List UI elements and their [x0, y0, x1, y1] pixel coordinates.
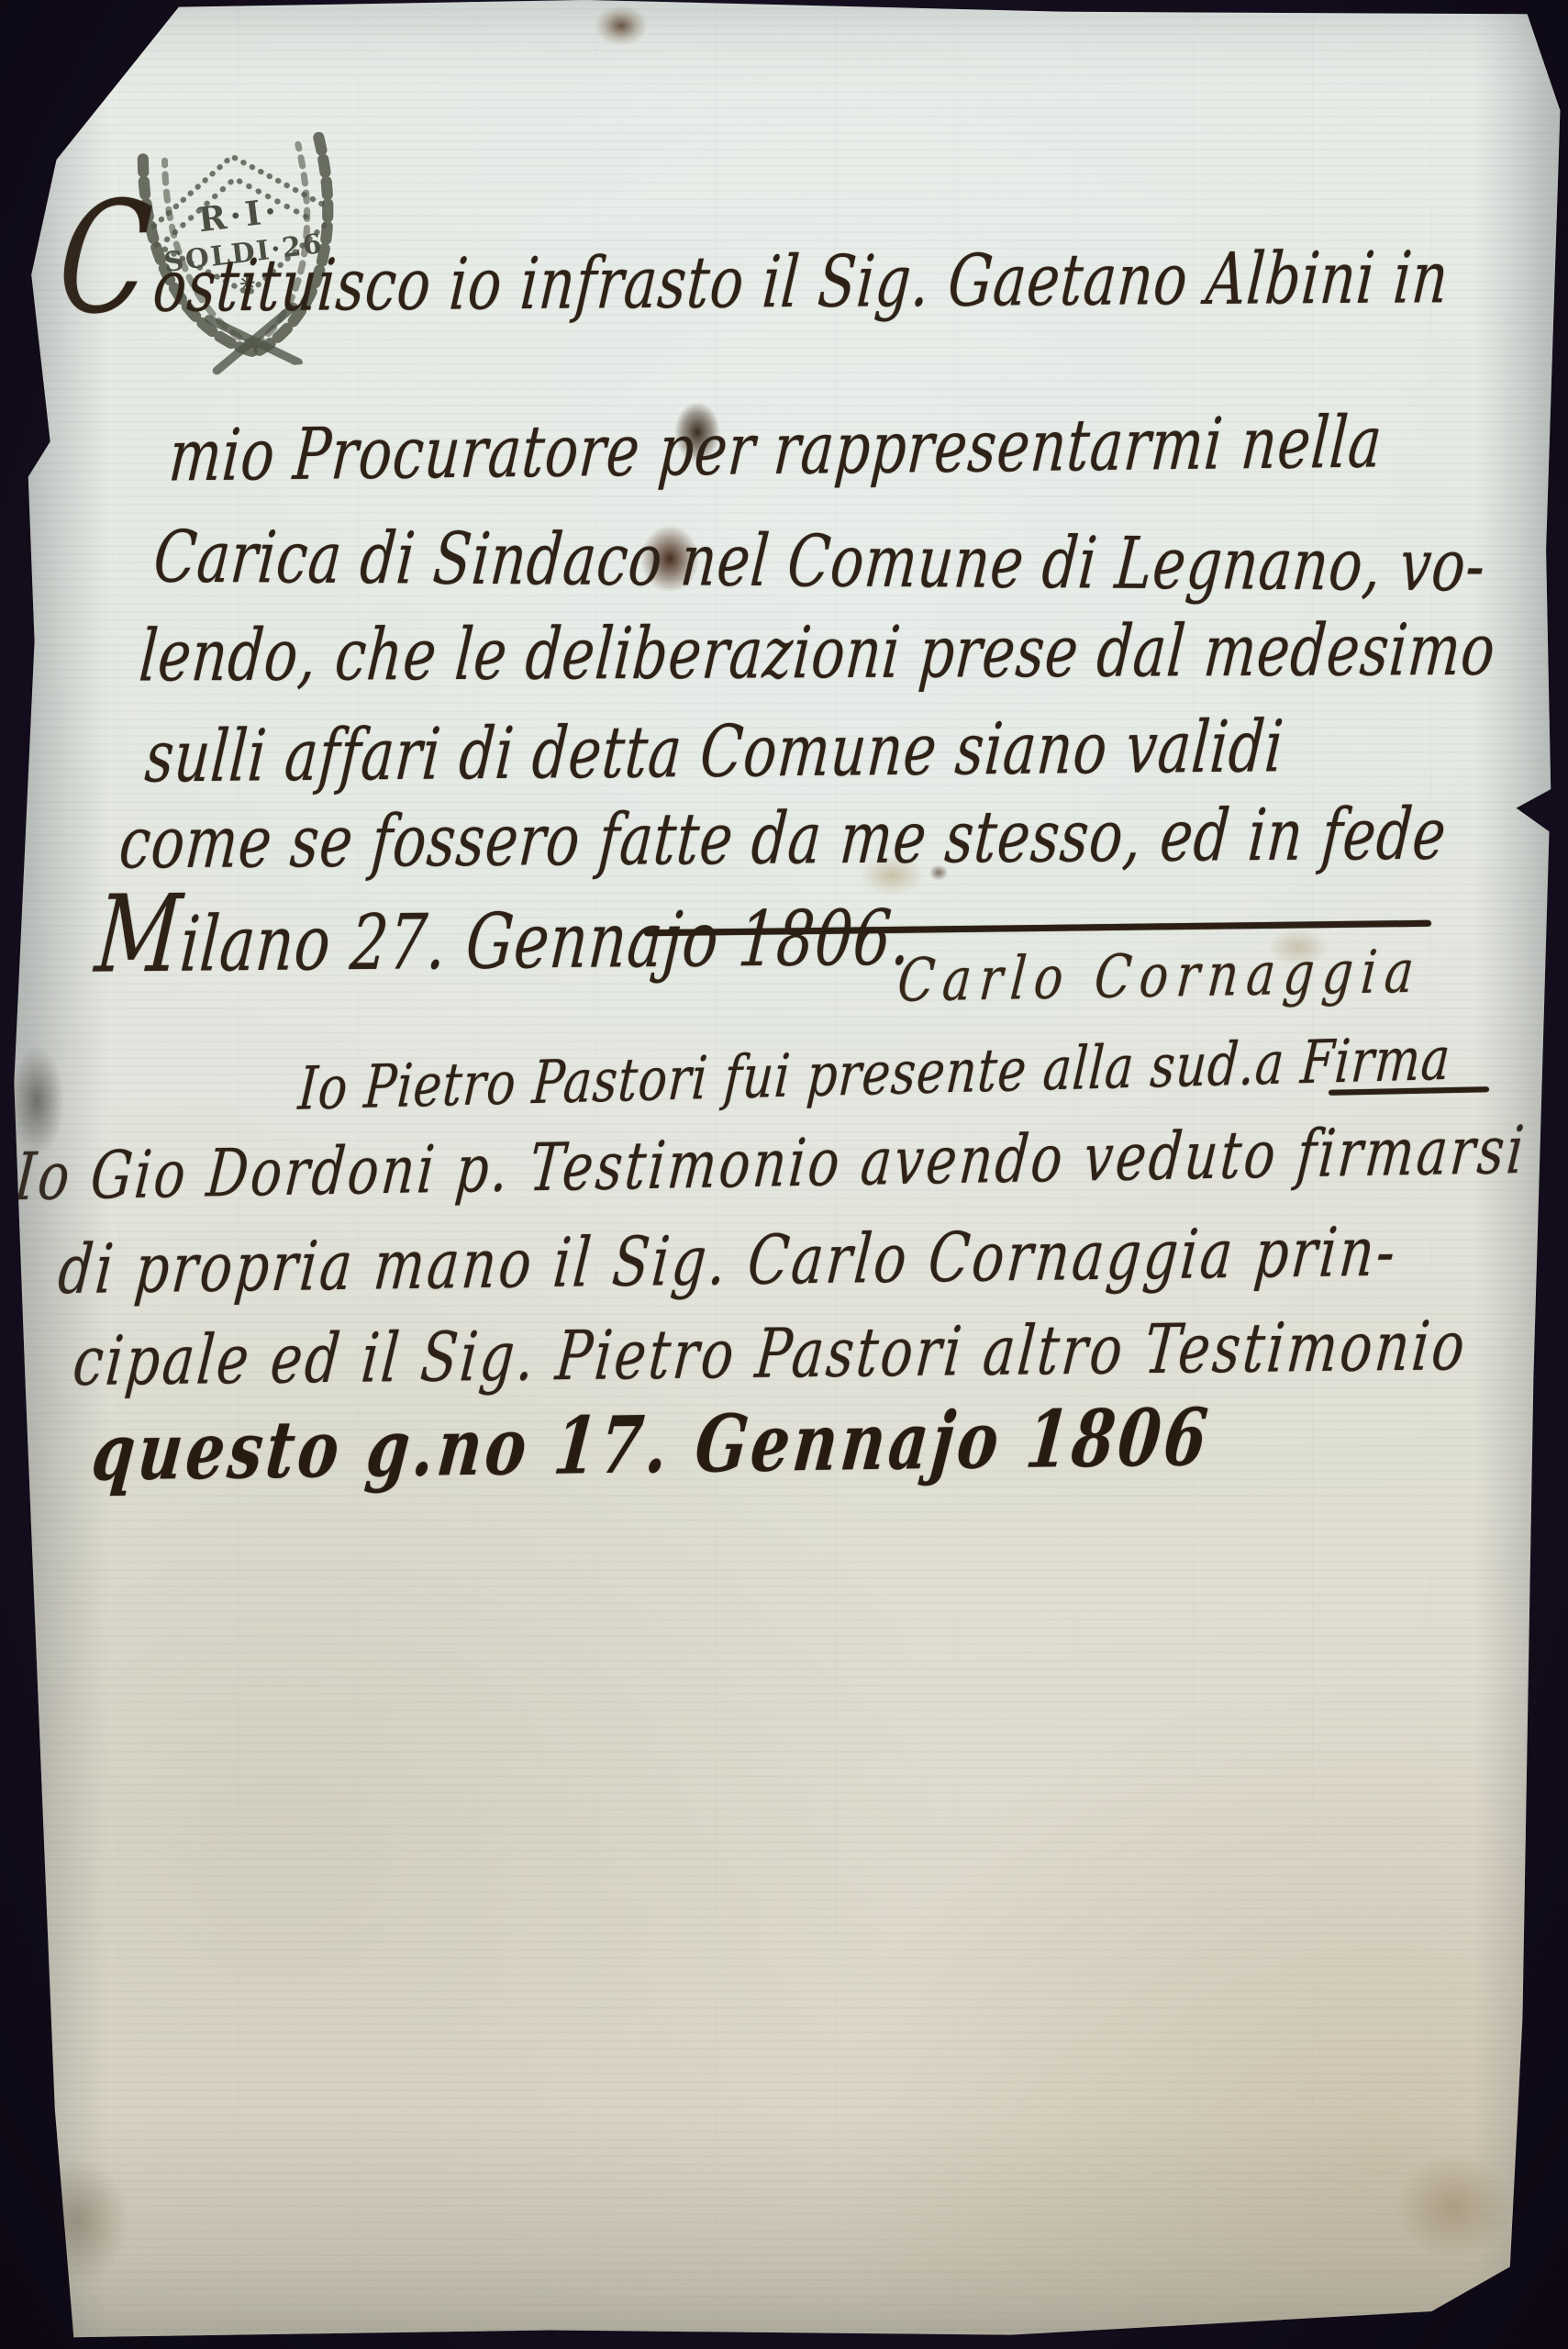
stain-middle [849, 849, 936, 902]
stamp-denomination: SOLDI·26 [162, 227, 326, 278]
witness-line-3: di propria mano il Sig. Carlo Cornaggia … [55, 1211, 1401, 1309]
manuscript-line-2: mio Procuratore per rappresentarmi nella [166, 401, 1385, 498]
revenue-stamp: R·I· SOLDI·26 ✳ [81, 43, 396, 387]
witness-line-5: questo g.no 17. Gennajo 1806 [88, 1390, 1215, 1498]
stain-bottom-left [9, 2138, 147, 2303]
ink-blot-2 [640, 525, 699, 593]
photo-background: R·I· SOLDI·26 ✳ Costituisco io infrasto … [0, 0, 1568, 2349]
manuscript-paper: R·I· SOLDI·26 ✳ Costituisco io infrasto … [0, 0, 1568, 2349]
signature-carlo-cornaggia: Carlo Cornaggia [895, 938, 1424, 1016]
witness-line-1: Io Pietro Pastori fui presente alla sud.… [296, 1025, 1453, 1124]
stain-left-edge [0, 1028, 73, 1174]
stain-top-edge [595, 6, 648, 46]
manuscript-line-4: lendo, che le deliberazioni prese dal me… [137, 608, 1498, 698]
ink-blot-1 [674, 402, 720, 462]
stamp-dotted-border [147, 146, 334, 304]
manuscript-line-3: Carica di Sindaco nel Comune di Legnano,… [150, 516, 1489, 608]
manuscript-line-1: Costituisco io infrasto il Sig. Gaetano … [54, 237, 1451, 329]
pen-stroke-rule [644, 920, 1431, 936]
witness-line-4: cipale ed il Sig. Pietro Pastori altro T… [70, 1306, 1470, 1401]
laurel-wreath-icon [140, 130, 349, 378]
dateline: Milano 27. Gennajo 1806. [92, 866, 917, 997]
manuscript-line-6: come se fossero fatte da me stesso, ed i… [117, 793, 1450, 885]
stain-bottom-right [1376, 2138, 1532, 2276]
witness-line-2: Io Gio Dordoni p. Testimonio avendo vedu… [12, 1113, 1529, 1217]
stain-right [1257, 922, 1340, 973]
manuscript-line-5: sulli affari di detta Comune siano valid… [142, 706, 1286, 799]
pen-stroke-dash [1329, 1086, 1489, 1096]
stamp-ornament: ✳ [239, 272, 257, 295]
stain-dot [927, 863, 951, 883]
stamp-initials: R·I· [196, 191, 283, 240]
